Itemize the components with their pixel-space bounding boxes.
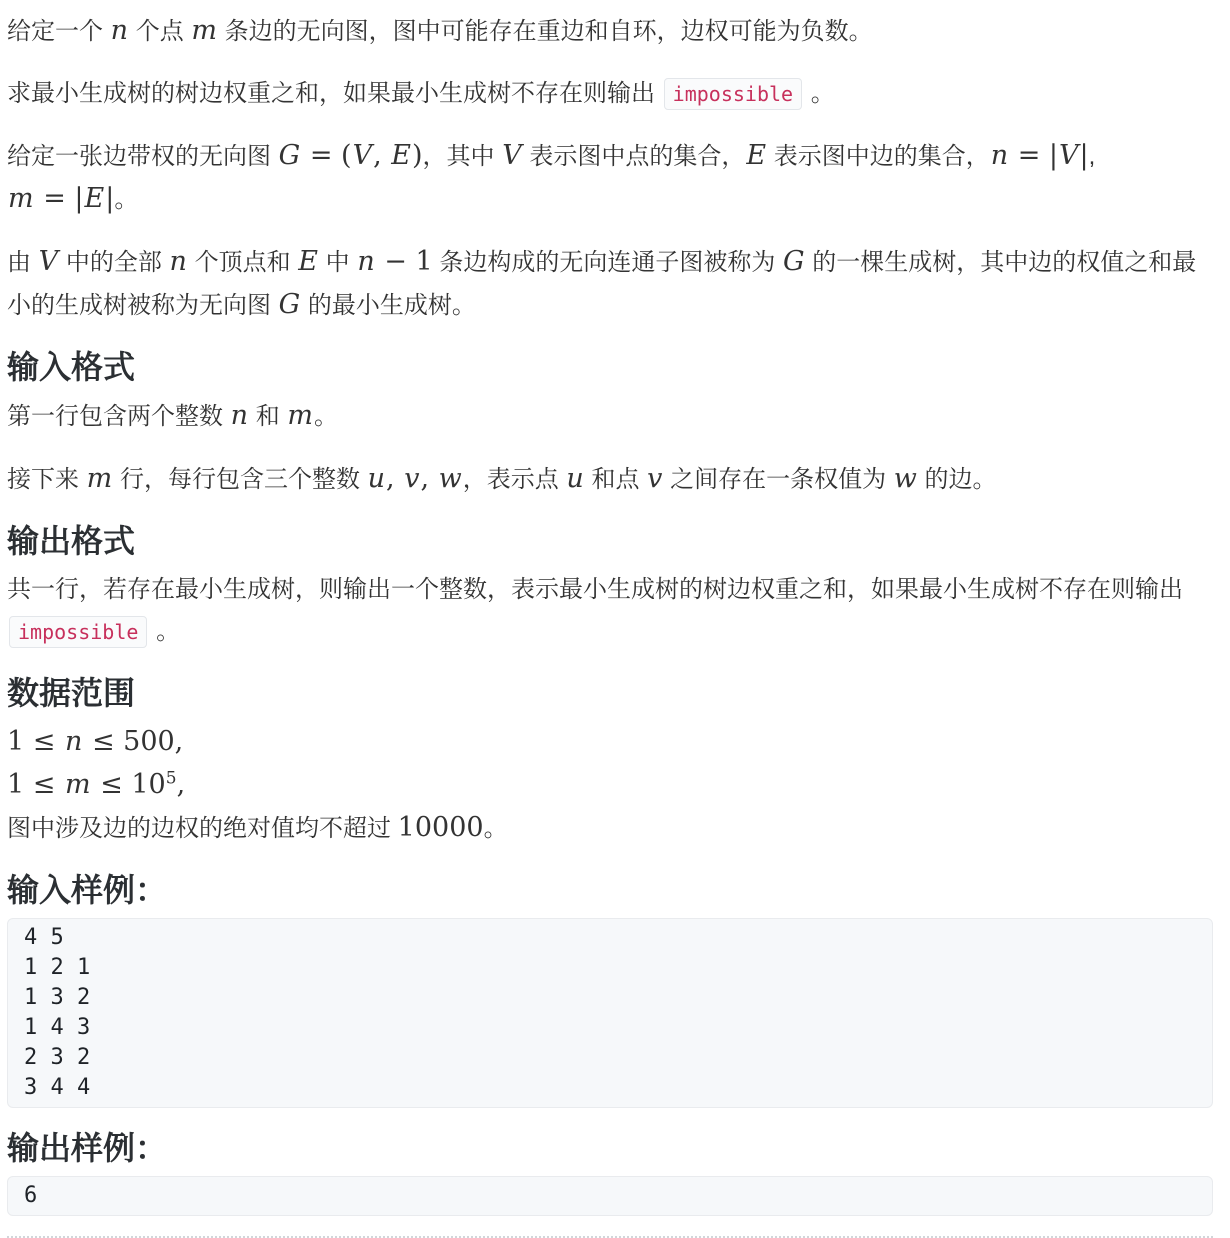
input-format-paragraph-2: 接下来 m 行，每行包含三个整数 u, v, w，表示点 u 和点 v 之间存在… — [7, 458, 1213, 501]
math-expression: n — [230, 400, 249, 431]
text-run: 给定一张边带权的无向图 — [7, 143, 278, 170]
input-format-paragraph-1: 第一行包含两个整数 n 和 m。 — [7, 395, 1213, 438]
math-expression: u — [565, 463, 584, 494]
math-expression: V — [38, 246, 60, 277]
text-run: 个顶点和 — [188, 249, 297, 276]
math-expression: 1 ≤ n ≤ 500, — [7, 726, 183, 757]
math-expression: u, v, w — [367, 463, 463, 494]
text-run: 由 — [7, 249, 38, 276]
math-expression: G — [278, 289, 302, 320]
statement-paragraph-4: 由 V 中的全部 n 个顶点和 E 中 n − 1 条边构成的无向连通子图被称为… — [7, 241, 1213, 327]
text-run: 表示图中边的集合， — [767, 143, 990, 170]
problem-statement-page: 给定一个 n 个点 m 条边的无向图，图中可能存在重边和自环，边权可能为负数。 … — [7, 10, 1213, 1238]
math-expression: m — [190, 15, 218, 46]
math-expression: n — [169, 246, 188, 277]
text-run: 的边。 — [918, 466, 997, 493]
text-run: 条边构成的无向连通子图被称为 — [433, 249, 782, 276]
math-expression: V — [501, 140, 523, 171]
text-run: 个点 — [129, 18, 190, 45]
data-range-heading: 数据范围 — [7, 673, 1213, 713]
math-expression: w — [893, 463, 918, 494]
math-expression: v — [646, 463, 663, 494]
text-run: 求最小生成树的树边权重之和，如果最小生成树不存在则输出 — [7, 80, 662, 107]
math-expression: 1 ≤ m ≤ 105, — [7, 769, 185, 800]
statement-paragraph-2: 求最小生成树的树边权重之和，如果最小生成树不存在则输出 impossible 。 — [7, 73, 1213, 115]
text-run: 行，每行包含三个整数 — [113, 466, 366, 493]
input-sample-heading: 输入样例： — [7, 870, 1213, 910]
text-run: 。 — [484, 815, 508, 842]
text-run: 。 — [314, 403, 338, 430]
math-expression: 10000 — [398, 812, 484, 843]
text-run: 共一行，若存在最小生成树，则输出一个整数，表示最小生成树的树边权重之和，如果最小… — [7, 576, 1183, 603]
output-sample-heading: 输出样例： — [7, 1128, 1213, 1168]
text-run: 第一行包含两个整数 — [7, 403, 230, 430]
text-run: , — [1089, 143, 1096, 170]
output-sample-code-block: 6 — [7, 1176, 1213, 1216]
math-expression: m = |E| — [7, 183, 114, 214]
text-run: 。 — [804, 80, 835, 107]
data-range-paragraph: 1 ≤ n ≤ 500,1 ≤ m ≤ 105,图中涉及边的边权的绝对值均不超过… — [7, 721, 1213, 850]
input-format-heading: 输入格式 — [7, 347, 1213, 387]
statement-paragraph-3: 给定一张边带权的无向图 G = (V, E)，其中 V 表示图中点的集合，E 表… — [7, 135, 1213, 221]
text-run: ，表示点 — [463, 466, 566, 493]
text-run: 图中涉及边的边权的绝对值均不超过 — [7, 815, 398, 842]
math-expression: G — [782, 246, 806, 277]
text-run: 中 — [319, 249, 356, 276]
text-run: 接下来 — [7, 466, 86, 493]
input-sample-code-block: 4 5 1 2 1 1 3 2 1 4 3 2 3 2 3 4 4 — [7, 918, 1213, 1108]
text-run: 。 — [114, 186, 138, 213]
math-expression: n = |V| — [990, 140, 1089, 171]
inline-code: impossible — [664, 78, 802, 110]
math-expression: n − 1 — [356, 246, 432, 277]
math-expression: E — [297, 246, 319, 277]
text-run: 中的全部 — [59, 249, 168, 276]
text-run: 条边的无向图，图中可能存在重边和自环，边权可能为负数。 — [218, 18, 873, 45]
text-run: 给定一个 — [7, 18, 110, 45]
text-run: 和 — [249, 403, 286, 430]
text-run: ，其中 — [423, 143, 502, 170]
output-format-heading: 输出格式 — [7, 521, 1213, 561]
text-run: 表示图中点的集合， — [523, 143, 746, 170]
text-run: 。 — [149, 618, 180, 645]
inline-code: impossible — [9, 616, 147, 648]
text-run: 之间存在一条权值为 — [663, 466, 892, 493]
math-expression: n — [110, 15, 129, 46]
output-sample-code: 6 — [24, 1181, 1196, 1211]
math-expression: m — [286, 400, 314, 431]
output-format-paragraph-1: 共一行，若存在最小生成树，则输出一个整数，表示最小生成树的树边权重之和，如果最小… — [7, 569, 1213, 653]
input-sample-code: 4 5 1 2 1 1 3 2 1 4 3 2 3 2 3 4 4 — [24, 923, 1196, 1103]
text-run: 的最小生成树。 — [301, 292, 476, 319]
statement-paragraph-1: 给定一个 n 个点 m 条边的无向图，图中可能存在重边和自环，边权可能为负数。 — [7, 10, 1213, 53]
math-expression: G = (V, E) — [278, 140, 423, 171]
math-expression: E — [745, 140, 767, 171]
math-expression: m — [86, 463, 114, 494]
text-run: 和点 — [585, 466, 646, 493]
